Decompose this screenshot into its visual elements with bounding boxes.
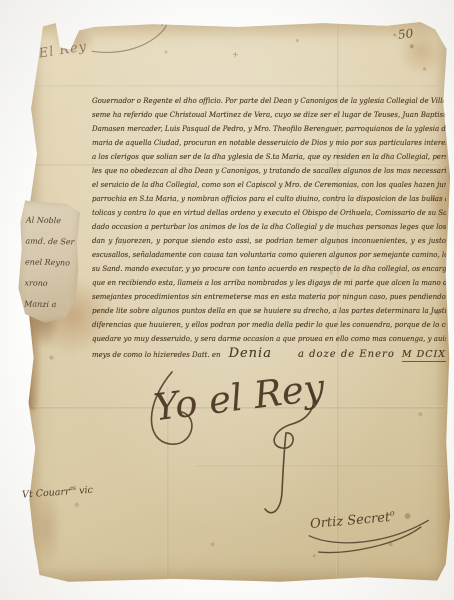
- body-line: pende lite sobre algunos puntos della en…: [92, 304, 446, 318]
- body-line: quedare yo muy desseruido, y sera darme …: [92, 332, 446, 346]
- letter-paper: El Rey 50 + Gouernador o Regente el dho …: [26, 18, 450, 584]
- royal-signature: Yo el Rey: [140, 352, 352, 530]
- header-flourish: [87, 19, 176, 58]
- body-line: seme ha referido que Christoual Martinez…: [92, 108, 446, 122]
- margin-note-line: Manzi a: [24, 293, 74, 315]
- letter-body: Gouernador o Regente el dho officio. Por…: [92, 94, 446, 363]
- body-line: tolicas y contra lo que en virtud dellas…: [92, 206, 446, 220]
- countersign-left-suffix: vic: [76, 485, 93, 497]
- margin-note: Al Noble amd. de Ser enel Reyno xrono Ma…: [18, 200, 80, 315]
- body-line: maria de aquella Ciudad, procuran en not…: [92, 136, 446, 150]
- cross-mark: +: [231, 49, 239, 59]
- body-line: escusallos, señaladamente con causa tan …: [92, 248, 446, 262]
- secretary-signature-sup: o: [389, 508, 395, 517]
- body-line: parrochia en S.ta Maria, y nombran offic…: [92, 192, 446, 206]
- body-line: dan y fauorezen, y porque siendo esto as…: [92, 234, 446, 248]
- header-el-rey: El Rey: [37, 19, 176, 66]
- body-line: Damasen mercader, Luis Pasqual de Pedro,…: [92, 122, 446, 136]
- body-line: semejantes procedimientos sin entremeter…: [92, 290, 446, 304]
- folio-number: 50: [397, 26, 414, 42]
- scan-background: El Rey 50 + Gouernador o Regente el dho …: [0, 0, 454, 600]
- body-line: diferencias que huuieren, y ellos podran…: [92, 318, 446, 332]
- body-line: su Sand. mando executar, y yo procure co…: [92, 262, 446, 276]
- margin-note-line: amd. de Ser: [25, 231, 75, 253]
- margin-note-line: xrono: [24, 272, 74, 294]
- margin-address-slip: Al Noble amd. de Ser enel Reyno xrono Ma…: [18, 200, 81, 323]
- dateline-year: M DCIX: [402, 349, 446, 362]
- body-line: Gouernador o Regente el dho officio. Por…: [92, 94, 446, 108]
- body-line: les que no obedezcan al dho Dean y Canon…: [92, 164, 446, 178]
- body-line: dado occasion a perturbar los animos de …: [92, 220, 446, 234]
- margin-note-line: Al Noble: [26, 210, 76, 232]
- header-el-rey-text: El Rey: [38, 39, 88, 61]
- body-line: el seruicio de la dha Collegial, como so…: [92, 178, 446, 192]
- body-line: que en recibiendo esta, llameis a los ar…: [92, 276, 446, 290]
- body-line: a los clerigos que solian ser de la dha …: [92, 150, 446, 164]
- fold-line-horizontal-top: [36, 84, 436, 87]
- margin-note-line: enel Reyno: [25, 251, 75, 273]
